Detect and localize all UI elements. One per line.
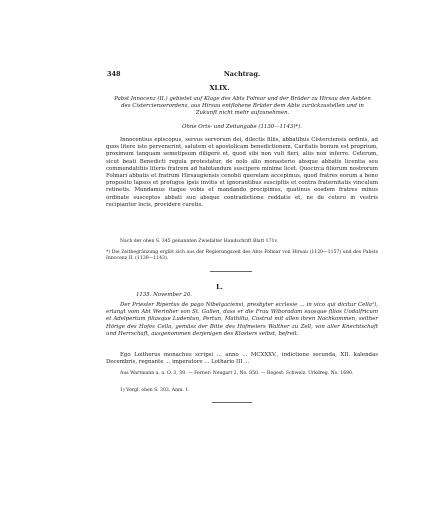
document-summary-xlix: Pabst Innocenz (II.) gebietet auf Klage … (110, 96, 375, 118)
document-summary-l: Der Priester Ripertus de pago Nibelgacie… (106, 302, 378, 338)
document-number-l: L. (0, 283, 439, 291)
section-divider (210, 271, 252, 272)
document-body-xlix: Innocentius episcopus, servus servorum d… (106, 137, 378, 209)
footnote-xlix: *) Die Zeitbegränzung ergibt sich aus de… (106, 250, 378, 262)
document-number-xlix: XLIX. (0, 84, 439, 92)
document-page: 348 Nachtrag. XLIX. Pabst Innocenz (II.)… (0, 0, 439, 512)
document-source-xlix: Nach der oben S. 345 genannten Zwiefalte… (106, 239, 378, 245)
running-title: Nachtrag. (107, 70, 377, 78)
document-body-l: Ego Loitherus monachus scripsi ... anno … (106, 352, 378, 366)
document-source-l: Aus Wartmann a. a. O. 3, 39. — Ferner: N… (106, 371, 378, 377)
footnote-l: 1) Vergl. oben S. 303, Anm. 1. (106, 388, 378, 394)
end-divider (212, 402, 252, 403)
document-date-xlix: Ohne Orts- und Zeitangabe (1130—1143)*). (106, 124, 378, 131)
document-date-l: 1135. November 20. (136, 292, 408, 299)
